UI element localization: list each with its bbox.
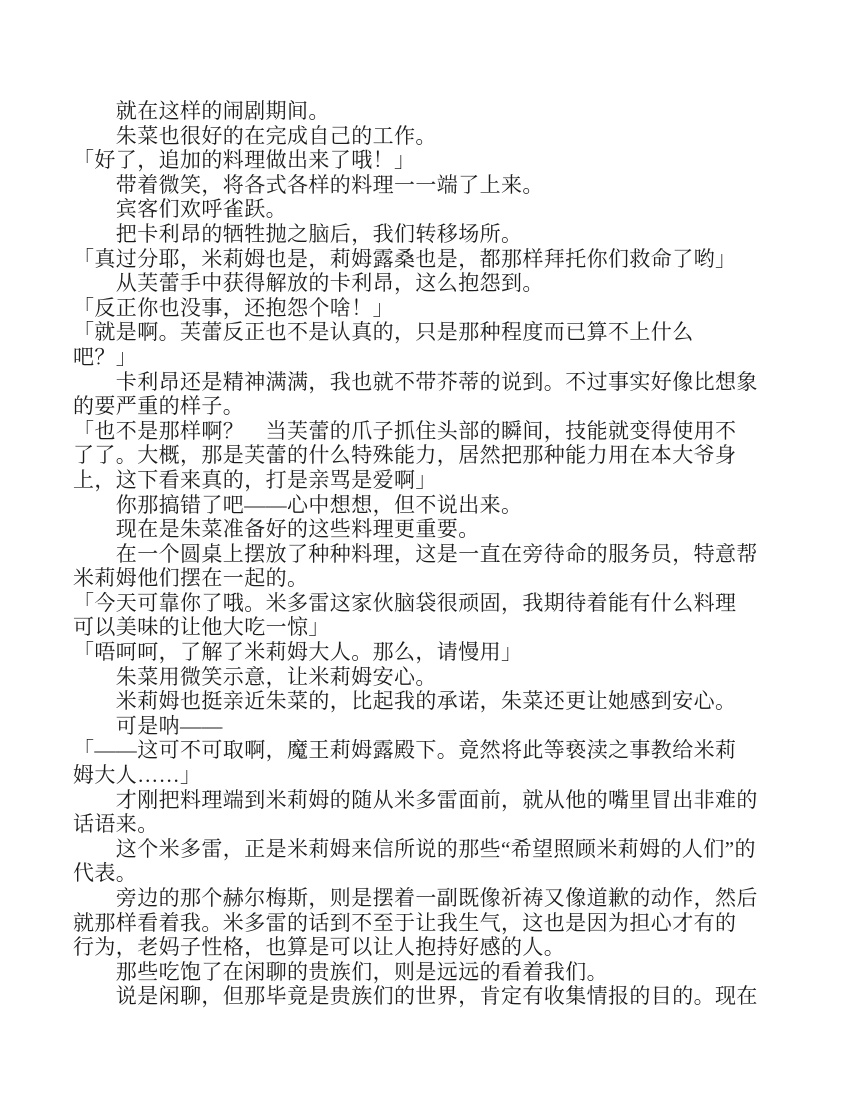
text-line: 「反正你也没事，还抱怨个啥！」 <box>73 296 790 321</box>
text-line: 米莉姆他们摆在一起的。 <box>73 566 790 591</box>
text-line: 宾客们欢呼雀跃。 <box>73 197 790 222</box>
text-line: 旁边的那个赫尔梅斯，则是摆着一副既像祈祷又像道歉的动作，然后 <box>73 886 790 911</box>
novel-page: 就在这样的闹剧期间。 朱菜也很好的在完成自己的工作。「好了，追加的料理做出来了哦… <box>0 0 850 1100</box>
text-line: 才刚把料理端到米莉姆的随从米多雷面前，就从他的嘴里冒出非难的 <box>73 788 790 813</box>
text-line: 「也不是那样啊？ 当芙蕾的爪子抓住头部的瞬间，技能就变得使用不 <box>73 419 790 444</box>
text-line: 话语来。 <box>73 812 790 837</box>
text-line: 「今天可靠你了哦。米多雷这家伙脑袋很顽固，我期待着能有什么料理 <box>73 591 790 616</box>
text-line: 米莉姆也挺亲近朱菜的，比起我的承诺，朱菜还更让她感到安心。 <box>73 689 790 714</box>
text-line: 了了。大概，那是芙蕾的什么特殊能力，居然把那种能力用在本大爷身 <box>73 443 790 468</box>
text-line: 现在是朱菜准备好的这些料理更重要。 <box>73 517 790 542</box>
text-line: 「好了，追加的料理做出来了哦！」 <box>73 148 790 173</box>
text-line: 「就是啊。芙蕾反正也不是认真的，只是那种程度而已算不上什么 <box>73 320 790 345</box>
text-line: 从芙蕾手中获得解放的卡利昂，这么抱怨到。 <box>73 271 790 296</box>
text-line: 「——这可不可取啊，魔王莉姆露殿下。竟然将此等亵渎之事教给米莉 <box>73 738 790 763</box>
text-line: 你那搞错了吧——心中想想，但不说出来。 <box>73 493 790 518</box>
text-line: 的要严重的样子。 <box>73 394 790 419</box>
text-line: 可以美味的让他大吃一惊」 <box>73 615 790 640</box>
text-line: 「真过分耶，米莉姆也是，莉姆露桑也是，都那样拜托你们救命了哟」 <box>73 247 790 272</box>
text-line: 卡利昂还是精神满满，我也就不带芥蒂的说到。不过事实好像比想象 <box>73 370 790 395</box>
text-line: 就那样看着我。米多雷的话到不至于让我生气，这也是因为担心才有的 <box>73 911 790 936</box>
text-line: 就在这样的闹剧期间。 <box>73 99 790 124</box>
text-line: 带着微笑，将各式各样的料理一一端了上来。 <box>73 173 790 198</box>
text-line: 那些吃饱了在闲聊的贵族们，则是远远的看着我们。 <box>73 960 790 985</box>
text-line: 行为，老妈子性格，也算是可以让人抱持好感的人。 <box>73 935 790 960</box>
text-line: 说是闲聊，但那毕竟是贵族们的世界，肯定有收集情报的目的。现在 <box>73 984 790 1009</box>
text-line: 可是呐—— <box>73 714 790 739</box>
text-line: 在一个圆桌上摆放了种种料理，这是一直在旁待命的服务员，特意帮 <box>73 542 790 567</box>
text-line: 把卡利昂的牺牲抛之脑后，我们转移场所。 <box>73 222 790 247</box>
text-line: 「唔呵呵，了解了米莉姆大人。那么，请慢用」 <box>73 640 790 665</box>
text-line: 代表。 <box>73 861 790 886</box>
text-line: 朱菜用微笑示意，让米莉姆安心。 <box>73 665 790 690</box>
text-line: 朱菜也很好的在完成自己的工作。 <box>73 124 790 149</box>
text-line: 这个米多雷，正是米莉姆来信所说的那些“希望照顾米莉姆的人们”的 <box>73 837 790 862</box>
text-line: 吧？」 <box>73 345 790 370</box>
body-text: 就在这样的闹剧期间。 朱菜也很好的在完成自己的工作。「好了，追加的料理做出来了哦… <box>73 99 790 1009</box>
text-line: 姆大人……」 <box>73 763 790 788</box>
text-line: 上，这下看来真的，打是亲骂是爱啊」 <box>73 468 790 493</box>
